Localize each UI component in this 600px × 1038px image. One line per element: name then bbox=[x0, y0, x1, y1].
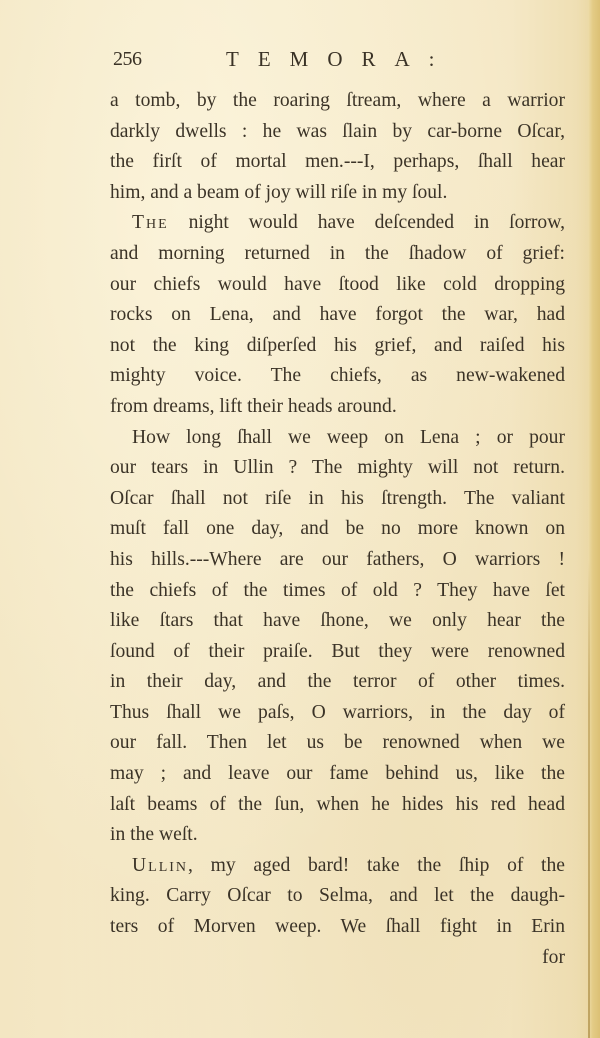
text-line-paragraph-start: How long ſhall we weep on Lena ; or pour bbox=[110, 423, 565, 454]
page-edge-crease bbox=[588, 560, 590, 1038]
text-line: in their day, and the terror of other ti… bbox=[110, 667, 565, 698]
text-line: the chiefs of the times of old ? They ha… bbox=[110, 576, 565, 607]
text-line: his hills.---Where are our fathers, O wa… bbox=[110, 545, 565, 576]
small-caps-lead: Ullin bbox=[132, 855, 188, 876]
text-line: like ſtars that have ſhone, we only hear… bbox=[110, 606, 565, 637]
text-run: , my aged bard! take the ſhip of the bbox=[188, 855, 565, 876]
small-caps-lead: The bbox=[132, 212, 169, 233]
catchword: for bbox=[110, 943, 565, 974]
text-line: in the weſt. bbox=[110, 820, 565, 851]
text-line: not the king diſperſed his grief, and ra… bbox=[110, 331, 565, 362]
text-line: him, and a beam of joy will riſe in my ſ… bbox=[110, 178, 565, 209]
text-line: a tomb, by the roaring ſtream, where a w… bbox=[110, 86, 565, 117]
page-number: 256 bbox=[113, 48, 142, 71]
text-line-paragraph-start: The night would have deſcended in ſorrow… bbox=[110, 208, 565, 239]
text-line: ſound of their praiſe. But they were ren… bbox=[110, 637, 565, 668]
text-line: our fall. Then let us be renowned when w… bbox=[110, 728, 565, 759]
book-page: 256 TEMORA: a tomb, by the roaring ſtrea… bbox=[0, 0, 600, 1038]
body-text: a tomb, by the roaring ſtream, where a w… bbox=[110, 86, 565, 973]
text-line: ters of Morven weep. We ſhall fight in E… bbox=[110, 912, 565, 943]
text-line: laſt beams of the ſun, when he hides his… bbox=[110, 790, 565, 821]
text-line: mighty voice. The chiefs, as new-wakened bbox=[110, 361, 565, 392]
text-line: rocks on Lena, and have forgot the war, … bbox=[110, 300, 565, 331]
text-line: darkly dwells : he was ſlain by car-born… bbox=[110, 117, 565, 148]
text-line: our tears in Ullin ? The mighty will not… bbox=[110, 453, 565, 484]
text-line: our chiefs would have ſtood like cold dr… bbox=[110, 270, 565, 301]
text-line: and morning returned in the ſhadow of gr… bbox=[110, 239, 565, 270]
text-run: night would have deſcended in ſorrow, bbox=[169, 212, 565, 233]
text-line-paragraph-start: Ullin, my aged bard! take the ſhip of th… bbox=[110, 851, 565, 882]
text-line: may ; and leave our fame behind us, like… bbox=[110, 759, 565, 790]
running-title: TEMORA: bbox=[226, 47, 454, 72]
text-line: Oſcar ſhall not riſe in his ſtrength. Th… bbox=[110, 484, 565, 515]
text-line: Thus ſhall we paſs, O warriors, in the d… bbox=[110, 698, 565, 729]
text-line: the firſt of mortal men.---I, perhaps, ſ… bbox=[110, 147, 565, 178]
text-line: king. Carry Oſcar to Selma, and let the … bbox=[110, 881, 565, 912]
running-head: 256 TEMORA: bbox=[113, 44, 573, 76]
text-line: from dreams, lift their heads around. bbox=[110, 392, 565, 423]
text-line: muſt fall one day, and be no more known … bbox=[110, 514, 565, 545]
